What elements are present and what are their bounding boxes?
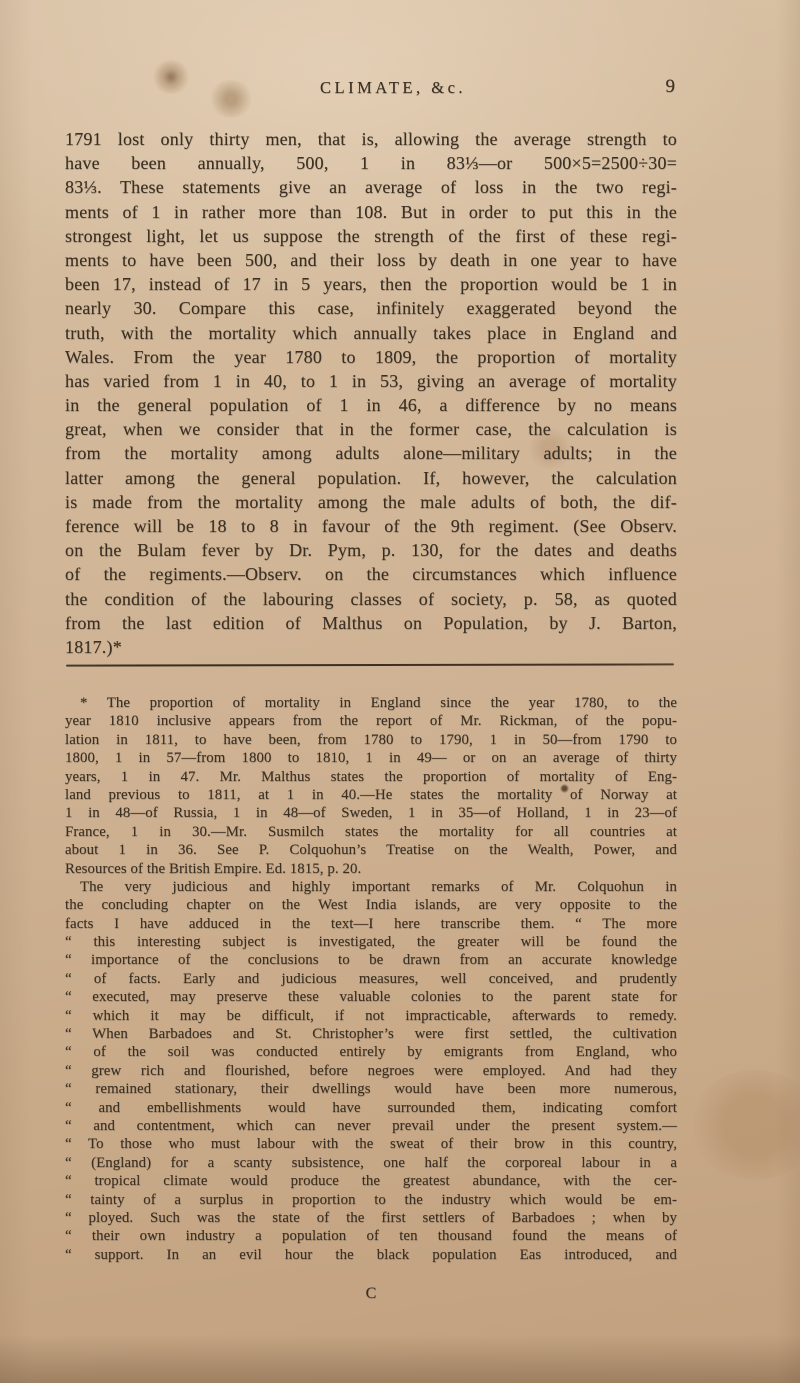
text-line: “ tropical climate would produce the gre… [65,1172,677,1190]
footnote-text: * The proportion of mortality in England… [65,694,677,1264]
text-line: truth, with the mortality which annually… [65,321,677,345]
body-text: 1791 lost only thirty men, that is, allo… [65,127,677,659]
text-line: from the mortality among adults alone—mi… [65,441,677,465]
text-line: strongest light, let us suppose the stre… [65,224,677,248]
text-line: have been annually, 500, 1 in 83⅓—or 500… [65,151,677,175]
text-line: “ support. In an evil hour the black pop… [65,1246,677,1264]
text-line: 1817.)* [65,635,677,659]
text-line: “ (England) for a scanty subsistence, on… [65,1154,677,1172]
text-line: the condition of the labouring classes o… [65,587,677,611]
text-line: lation in 1811, to have been, from 1780 … [65,731,677,749]
running-title: CLIMATE, &c. [109,78,677,98]
text-line: been 17, instead of 17 in 5 years, then … [65,272,677,296]
text-line: “ this interesting subject is investigat… [65,933,677,951]
text-line: about 1 in 36. See P. Colquohun’s Treati… [65,841,677,859]
text-line: * The proportion of mortality in England… [65,694,677,712]
text-line: “ ployed. Such was the state of the firs… [65,1209,677,1227]
text-line: The very judicious and highly important … [65,878,677,896]
text-line: “ remained stationary, their dwellings w… [65,1080,677,1098]
text-line: in the general population of 1 in 46, a … [65,393,677,417]
text-line: “ of facts. Early and judicious measures… [65,970,677,988]
text-line: of the regiments.—Observ. on the circums… [65,562,677,586]
text-line: 1800, 1 in 57—from 1800 to 1810, 1 in 49… [65,749,677,767]
text-line: “ grew rich and flourished, before negro… [65,1062,677,1080]
text-line: “ their own industry a population of ten… [65,1227,677,1245]
text-line: ments to have been 500, and their loss b… [65,248,677,272]
text-line: “ To those who must labour with the swea… [65,1135,677,1153]
page-number: 9 [666,76,676,98]
text-line: years, 1 in 47. Mr. Malthus states the p… [65,768,677,786]
text-line: “ executed, may preserve these valuable … [65,988,677,1006]
text-line: 83⅓. These statements give an average of… [65,175,677,199]
text-line: from the last edition of Malthus on Popu… [65,611,677,635]
page-header: CLIMATE, &c. 9 [65,78,677,104]
text-line: “ of the soil was conducted entirely by … [65,1043,677,1061]
text-line: has varied from 1 in 40, to 1 in 53, giv… [65,369,677,393]
text-line: facts I have adduced in the text—I here … [65,915,677,933]
text-line: ments of 1 in rather more than 108. But … [65,200,677,224]
text-line: “ which it may be difficult, if not impr… [65,1007,677,1025]
text-line: on the Bulam fever by Dr. Pym, p. 130, f… [65,538,677,562]
text-line: “ When Barbadoes and St. Christopher’s w… [65,1025,677,1043]
text-line: Wales. From the year 1780 to 1809, the p… [65,345,677,369]
text-line: “ and embellishments would have surround… [65,1099,677,1117]
text-line: great, when we consider that in the form… [65,417,677,441]
text-line: France, 1 in 30.—Mr. Susmilch states the… [65,823,677,841]
text-line: land previous to 1811, at 1 in 40.—He st… [65,786,677,804]
text-line: nearly 30. Compare this case, infinitely… [65,296,677,320]
text-line: the concluding chapter on the West India… [65,896,677,914]
text-line: latter among the general population. If,… [65,466,677,490]
text-line: ference will be 18 to 8 in favour of the… [65,514,677,538]
footnote-rule [66,663,674,667]
text-line: 1791 lost only thirty men, that is, allo… [65,127,677,151]
text-line: is made from the mortality among the mal… [65,490,677,514]
text-line: “ tainty of a surplus in proportion to t… [65,1191,677,1209]
paper-stain [690,1070,800,1180]
book-page: CLIMATE, &c. 9 1791 lost only thirty men… [0,0,800,1383]
text-line: “ and contentment, which can never preva… [65,1117,677,1135]
text-line: “ importance of the conclusions to be dr… [65,951,677,969]
signature-mark: C [65,1285,677,1303]
text-line: year 1810 inclusive appears from the rep… [65,712,677,730]
text-line: 1 in 48—of Russia, 1 in 48—of Sweden, 1 … [65,804,677,822]
text-line: Resources of the British Empire. Ed. 181… [65,860,677,878]
